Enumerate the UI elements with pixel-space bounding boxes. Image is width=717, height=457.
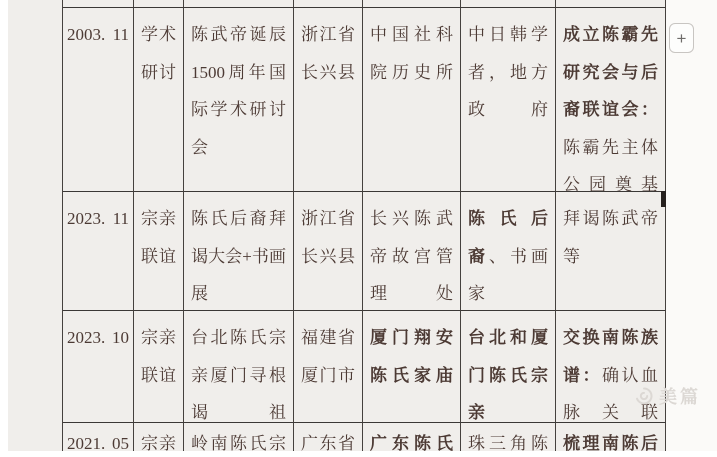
cell-text-run: 中日韩学者，地方政府 xyxy=(468,25,548,119)
table-cell[interactable]: 台北陈氏宗亲厦门寻根谒祖 xyxy=(184,311,294,423)
table-cell[interactable]: 2003. 11 xyxy=(63,8,134,192)
cell-text-run: 陈霸先主体公园奠基 xyxy=(563,138,658,193)
table-cell[interactable]: 福建省厦门市 xyxy=(294,311,363,423)
watermark: 美篇 xyxy=(634,383,701,409)
table-cell[interactable]: 宗亲联谊 xyxy=(134,311,184,423)
table-cell-spacer xyxy=(63,0,134,8)
table-cell-spacer xyxy=(363,0,461,8)
table-cell-spacer xyxy=(294,0,363,8)
table-cell[interactable]: 广东省 xyxy=(294,423,363,451)
cell-text-run: 台北和厦门陈氏宗亲 xyxy=(468,328,548,422)
table-cell[interactable]: 厦门翔安陈氏家庙 xyxy=(363,311,461,423)
table-cell[interactable]: 成立陈霸先研究会与后裔联谊会：陈霸先主体公园奠基 xyxy=(556,8,666,192)
cell-text-run: 成立陈霸先研究会与后裔联谊会： xyxy=(563,25,658,119)
table-cell[interactable]: 陈氏后裔、书画家 xyxy=(461,192,556,311)
plus-icon: + xyxy=(677,30,687,47)
cell-text-run: 长兴陈武帝故宫管理处 xyxy=(370,209,453,303)
cell-text-run: 宗亲联谊 xyxy=(141,209,176,266)
cell-text-run: 福建省厦门市 xyxy=(301,328,355,385)
table-cell[interactable]: 中日韩学者，地方政府 xyxy=(461,8,556,192)
cell-text-run: 2003. 11 xyxy=(67,25,129,44)
cell-text-run: 台北陈氏宗亲厦门寻根谒祖 xyxy=(191,328,286,422)
cell-text-run: 浙江省长兴县 xyxy=(301,25,355,82)
cell-text-run: 广东省 xyxy=(301,434,355,451)
table-cell[interactable]: 珠三角陈 xyxy=(461,423,556,451)
cell-text-run: 陈氏后裔拜谒大会+书画展 xyxy=(191,209,286,303)
cell-text-run: 2021. 05 xyxy=(67,434,129,451)
table-cell[interactable]: 台北和厦门陈氏宗亲 xyxy=(461,311,556,423)
table-cell[interactable]: 2023. 10 xyxy=(63,311,134,423)
add-button[interactable]: + xyxy=(669,23,694,53)
table-cell[interactable]: 长兴陈武帝故宫管理处 xyxy=(363,192,461,311)
table-cell[interactable]: 中国社科院历史所 xyxy=(363,8,461,192)
table-cell[interactable]: 宗亲 xyxy=(134,423,184,451)
cell-text-run: 梳理南陈后 xyxy=(563,434,658,451)
cell-text-run: 中国社科院历史所 xyxy=(370,25,453,82)
table-cell[interactable]: 2023. 11 xyxy=(63,192,134,311)
table-cell[interactable]: 2021. 05 xyxy=(63,423,134,451)
table-cell-spacer xyxy=(134,0,184,8)
table-cell-spacer xyxy=(184,0,294,8)
table-cell[interactable]: 宗亲联谊 xyxy=(134,192,184,311)
document-table: 2003. 11学术研讨陈武帝诞辰1500周年国际学术研讨会浙江省长兴县中国社科… xyxy=(62,0,666,451)
cell-text-run: 宗亲 xyxy=(141,434,176,451)
cell-text-run: 宗亲联谊 xyxy=(141,328,176,385)
cell-text-run: 2023. 11 xyxy=(67,209,129,228)
table-cell[interactable]: 岭南陈氏宗 xyxy=(184,423,294,451)
cell-text-run: 珠三角陈 xyxy=(468,434,548,451)
meipian-swirl-icon xyxy=(634,386,654,406)
cell-text-run: 浙江省长兴县 xyxy=(301,209,355,266)
cell-text-run: 广东陈氏 xyxy=(370,434,453,451)
text-cursor-mark xyxy=(661,191,666,207)
cell-text-run: 2023. 10 xyxy=(67,328,129,347)
cell-text-run: 学术研讨 xyxy=(141,25,176,82)
table-cell[interactable]: 拜谒陈武帝等 xyxy=(556,192,666,311)
table-cell-spacer xyxy=(556,0,666,8)
table-cell[interactable]: 陈氏后裔拜谒大会+书画展 xyxy=(184,192,294,311)
cell-text-run: 拜谒陈武帝等 xyxy=(563,209,658,266)
cell-text-run: 厦门翔安陈氏家庙 xyxy=(370,328,453,385)
cell-text-run: 陈武帝诞辰1500周年国际学术研讨会 xyxy=(191,25,286,157)
table-cell[interactable]: 学术研讨 xyxy=(134,8,184,192)
cell-text-run: 岭南陈氏宗 xyxy=(191,434,286,451)
table-cell[interactable]: 梳理南陈后 xyxy=(556,423,666,451)
table-cell[interactable]: 浙江省长兴县 xyxy=(294,192,363,311)
table-cell[interactable]: 浙江省长兴县 xyxy=(294,8,363,192)
table-cell[interactable]: 广东陈氏 xyxy=(363,423,461,451)
table-cell[interactable]: 陈武帝诞辰1500周年国际学术研讨会 xyxy=(184,8,294,192)
watermark-text: 美篇 xyxy=(659,383,701,409)
table-cell-spacer xyxy=(461,0,556,8)
